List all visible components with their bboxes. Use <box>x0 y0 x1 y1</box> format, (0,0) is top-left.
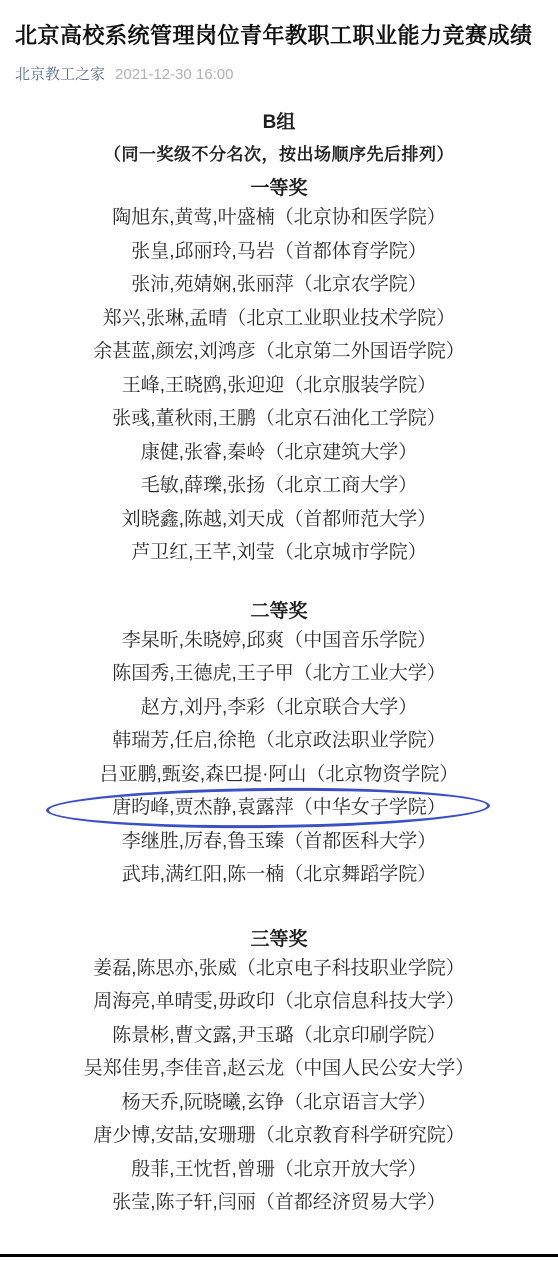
winner-row: 张莹,陈子轩,闫丽（首都经济贸易大学） <box>0 1186 558 1220</box>
winner-row-text: 陈景彬,曹文露,尹玉璐（北京印刷学院） <box>112 1025 446 1046</box>
winner-row: 姜磊,陈思亦,张威（北京电子科技职业学院） <box>0 952 558 986</box>
award-title: 一等奖 <box>0 177 558 201</box>
winner-row-text: 韩瑞芳,任启,徐艳（北京政法职业学院） <box>112 730 446 751</box>
winner-row-text: 张彧,董秋雨,王鹏（北京石油化工学院） <box>112 408 446 429</box>
winner-row: 王峰,王晓鸥,张迎迎（北京服装学院） <box>0 369 558 403</box>
article: 北京高校系统管理岗位青年教职工职业能力竞赛成绩 北京教工之家 2021-12-3… <box>0 20 558 1220</box>
winner-row: 唐昀峰,贾杰静,袁露萍（中华女子学院） <box>0 791 558 825</box>
group-title: B组 <box>0 111 558 135</box>
winner-row: 余甚蓝,颜宏,刘鸿彦（北京第二外国语学院） <box>0 335 558 369</box>
article-meta: 北京教工之家 2021-12-30 16:00 <box>15 64 543 85</box>
winner-row: 李杲昕,朱晓婷,邱爽（中国音乐学院） <box>0 624 558 658</box>
award-title: 二等奖 <box>0 600 558 624</box>
winner-row: 陈景彬,曹文露,尹玉璐（北京印刷学院） <box>0 1019 558 1053</box>
winner-row-text: 李继胜,厉春,鲁玉臻（首都医科大学） <box>122 831 437 852</box>
winner-row: 张彧,董秋雨,王鹏（北京石油化工学院） <box>0 402 558 436</box>
winner-row-text: 赵方,刘丹,李彩（北京联合大学） <box>141 697 418 718</box>
publish-timestamp: 2021-12-30 16:00 <box>115 64 233 85</box>
winner-row-text: 杨天乔,阮晓曦,玄铮（北京语言大学） <box>122 1092 437 1113</box>
winner-row: 康健,张睿,秦岭（北京建筑大学） <box>0 436 558 470</box>
winner-row-text: 李杲昕,朱晓婷,邱爽（中国音乐学院） <box>122 630 437 651</box>
winner-row-text: 郑兴,张琳,孟晴（北京工业职业技术学院） <box>103 308 456 329</box>
source-account-link[interactable]: 北京教工之家 <box>15 64 105 85</box>
winner-row-text: 芦卫红,王芊,刘莹（北京城市学院） <box>131 542 427 563</box>
winner-row: 唐少博,安喆,安珊珊（北京教育科学研究院） <box>0 1119 558 1153</box>
award-title: 三等奖 <box>0 928 558 952</box>
winner-row: 毛敏,薛瓅,张扬（北京工商大学） <box>0 469 558 503</box>
winner-row: 刘晓鑫,陈越,刘天成（首都师范大学） <box>0 503 558 537</box>
winner-row-text: 武玮,满红阳,陈一楠（北京舞蹈学院） <box>122 864 437 885</box>
award-section: 一等奖陶旭东,黄莺,叶盛楠（北京协和医学院）张皇,邱丽玲,马岩（首都体育学院）张… <box>0 177 558 570</box>
winner-row-text: 张莹,陈子轩,闫丽（首都经济贸易大学） <box>112 1192 446 1213</box>
winner-row-text: 王峰,王晓鸥,张迎迎（北京服装学院） <box>122 375 437 396</box>
winner-row: 陶旭东,黄莺,叶盛楠（北京协和医学院） <box>0 201 558 235</box>
bottom-border-line <box>0 1254 558 1257</box>
winner-row: 武玮,满红阳,陈一楠（北京舞蹈学院） <box>0 858 558 892</box>
award-section: 三等奖姜磊,陈思亦,张威（北京电子科技职业学院）周海亮,单晴雯,毋政印（北京信息… <box>0 928 558 1220</box>
winner-row: 张皇,邱丽玲,马岩（首都体育学院） <box>0 235 558 269</box>
winner-row-text: 周海亮,单晴雯,毋政印（北京信息科技大学） <box>93 991 465 1012</box>
winner-row-text: 姜磊,陈思亦,张威（北京电子科技职业学院） <box>93 958 465 979</box>
winner-row-text: 陈国秀,王德虎,王子甲（北方工业大学） <box>112 663 446 684</box>
winner-row-text: 张皇,邱丽玲,马岩（首都体育学院） <box>131 241 427 262</box>
award-section: 二等奖李杲昕,朱晓婷,邱爽（中国音乐学院）陈国秀,王德虎,王子甲（北方工业大学）… <box>0 600 558 892</box>
winner-row-text: 刘晓鑫,陈越,刘天成（首都师范大学） <box>122 509 437 530</box>
group-note: （同一奖级不分名次，按出场顺序先后排列） <box>0 142 558 168</box>
winner-row-text: 余甚蓝,颜宏,刘鸿彦（北京第二外国语学院） <box>93 341 465 362</box>
winner-row: 吕亚鹏,甄姿,森巴提·阿山（北京物资学院） <box>0 758 558 792</box>
winner-row-text: 毛敏,薛瓅,张扬（北京工商大学） <box>141 475 418 496</box>
winner-row-text: 陶旭东,黄莺,叶盛楠（北京协和医学院） <box>112 207 446 228</box>
award-sections: 一等奖陶旭东,黄莺,叶盛楠（北京协和医学院）张皇,邱丽玲,马岩（首都体育学院）张… <box>0 177 558 1220</box>
winner-row: 韩瑞芳,任启,徐艳（北京政法职业学院） <box>0 724 558 758</box>
winner-row: 陈国秀,王德虎,王子甲（北方工业大学） <box>0 657 558 691</box>
winner-row: 张沛,苑婧娴,张丽萍（北京农学院） <box>0 268 558 302</box>
winner-row: 杨天乔,阮晓曦,玄铮（北京语言大学） <box>0 1086 558 1120</box>
winner-row-text: 吴郑佳男,李佳音,赵云龙（中国人民公安大学） <box>84 1058 475 1079</box>
article-title: 北京高校系统管理岗位青年教职工职业能力竞赛成绩 <box>15 20 543 51</box>
winner-row: 李继胜,厉春,鲁玉臻（首都医科大学） <box>0 825 558 859</box>
winner-row-text: 殷菲,王忱哲,曾珊（北京开放大学） <box>131 1159 427 1180</box>
winner-row: 赵方,刘丹,李彩（北京联合大学） <box>0 691 558 725</box>
winner-row-text: 唐昀峰,贾杰静,袁露萍（中华女子学院） <box>112 797 446 818</box>
winner-row: 殷菲,王忱哲,曾珊（北京开放大学） <box>0 1153 558 1187</box>
winner-row-text: 张沛,苑婧娴,张丽萍（北京农学院） <box>131 274 427 295</box>
winner-row: 吴郑佳男,李佳音,赵云龙（中国人民公安大学） <box>0 1052 558 1086</box>
winner-row-text: 康健,张睿,秦岭（北京建筑大学） <box>141 442 418 463</box>
winner-row: 郑兴,张琳,孟晴（北京工业职业技术学院） <box>0 302 558 336</box>
winner-row: 芦卫红,王芊,刘莹（北京城市学院） <box>0 536 558 570</box>
winner-row-text: 吕亚鹏,甄姿,森巴提·阿山（北京物资学院） <box>100 764 459 785</box>
winner-row: 周海亮,单晴雯,毋政印（北京信息科技大学） <box>0 985 558 1019</box>
winner-row-text: 唐少博,安喆,安珊珊（北京教育科学研究院） <box>93 1125 465 1146</box>
